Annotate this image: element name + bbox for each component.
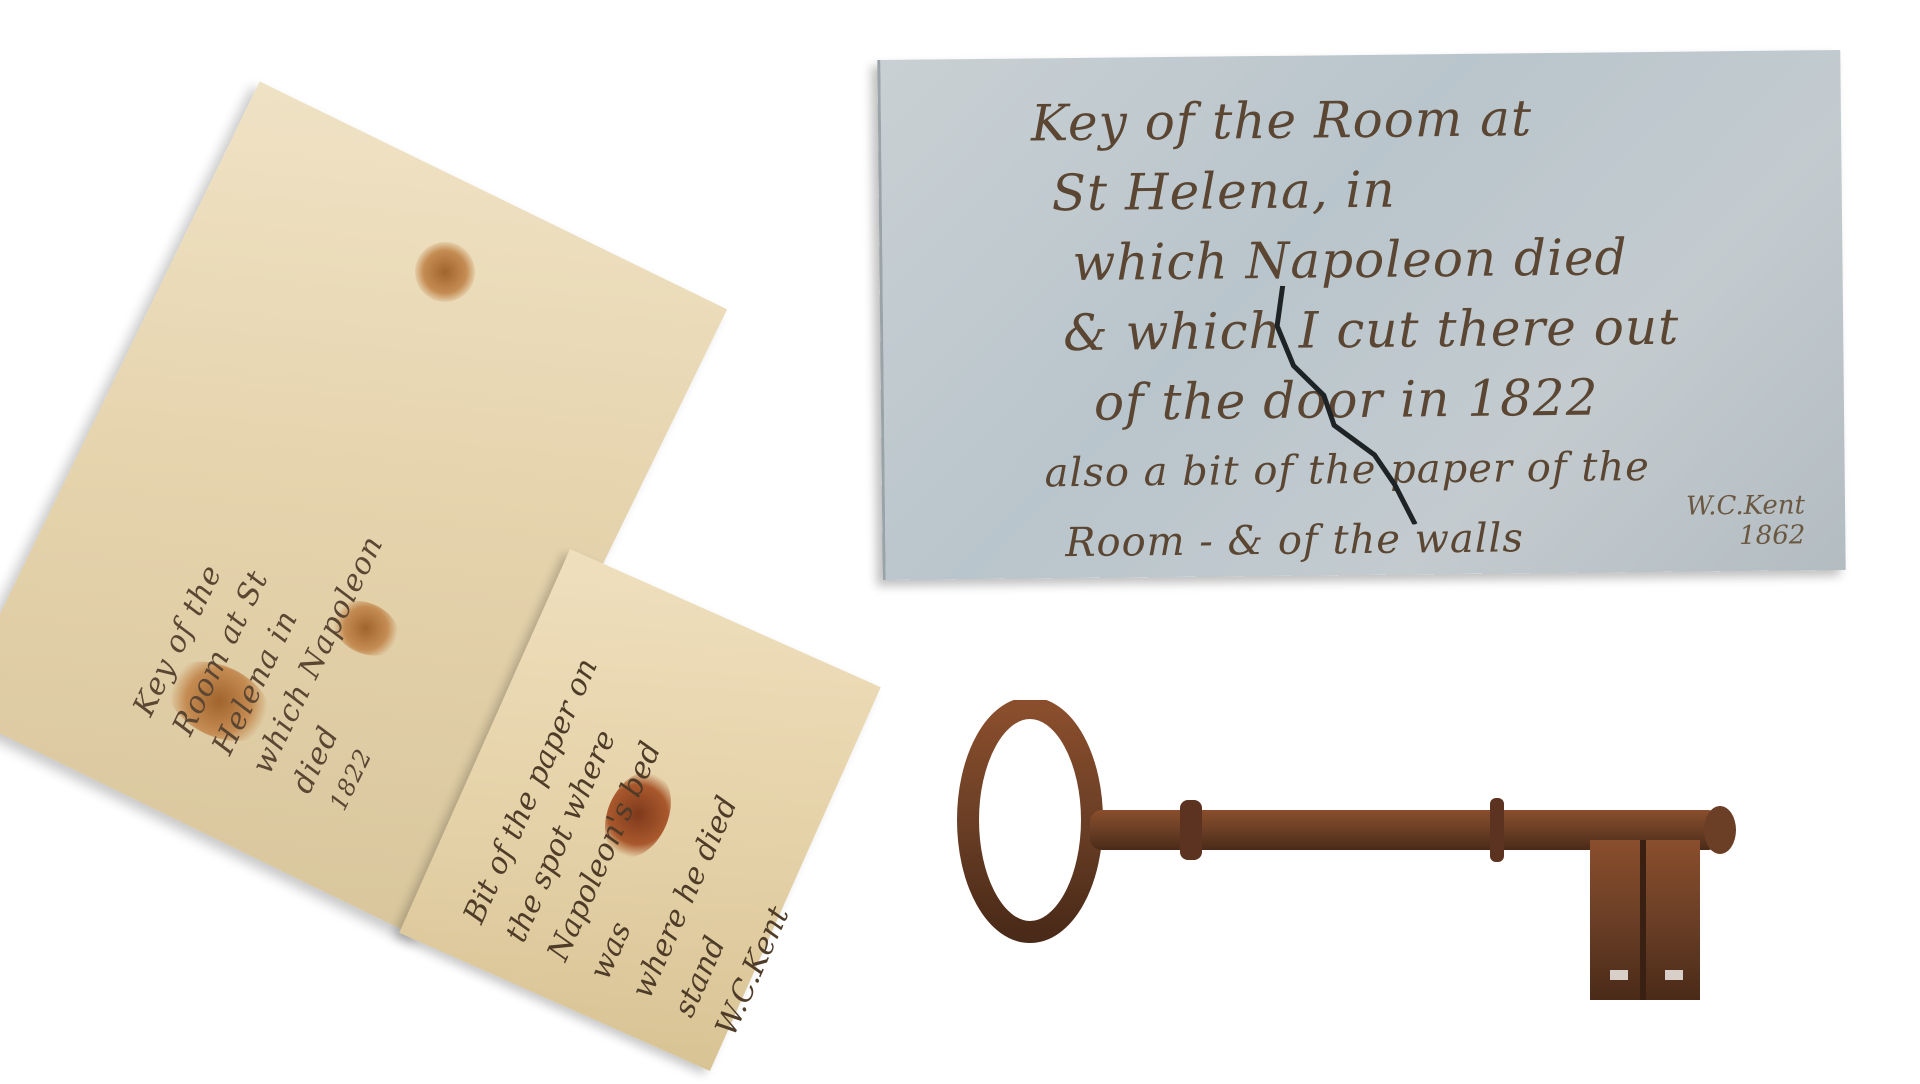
note-tall-handwriting: Key of the Room at St Helena in which Na… (123, 470, 467, 816)
key-icon (930, 700, 1810, 1010)
signature: W.C.Kent 1862 (1686, 490, 1806, 551)
envelope-line: St Helena, in (1031, 150, 1802, 228)
signature-date: 1862 (1686, 520, 1805, 551)
signature-name: W.C.Kent (1686, 490, 1805, 521)
note-small-handwriting: Bit of the paper on the spot where Napol… (452, 638, 868, 1043)
blue-envelope: Key of the Room at St Helena, in which N… (877, 50, 1845, 580)
tear-crack (1263, 284, 1446, 526)
stain (405, 232, 485, 312)
envelope-line: Key of the Room at (1031, 80, 1802, 158)
